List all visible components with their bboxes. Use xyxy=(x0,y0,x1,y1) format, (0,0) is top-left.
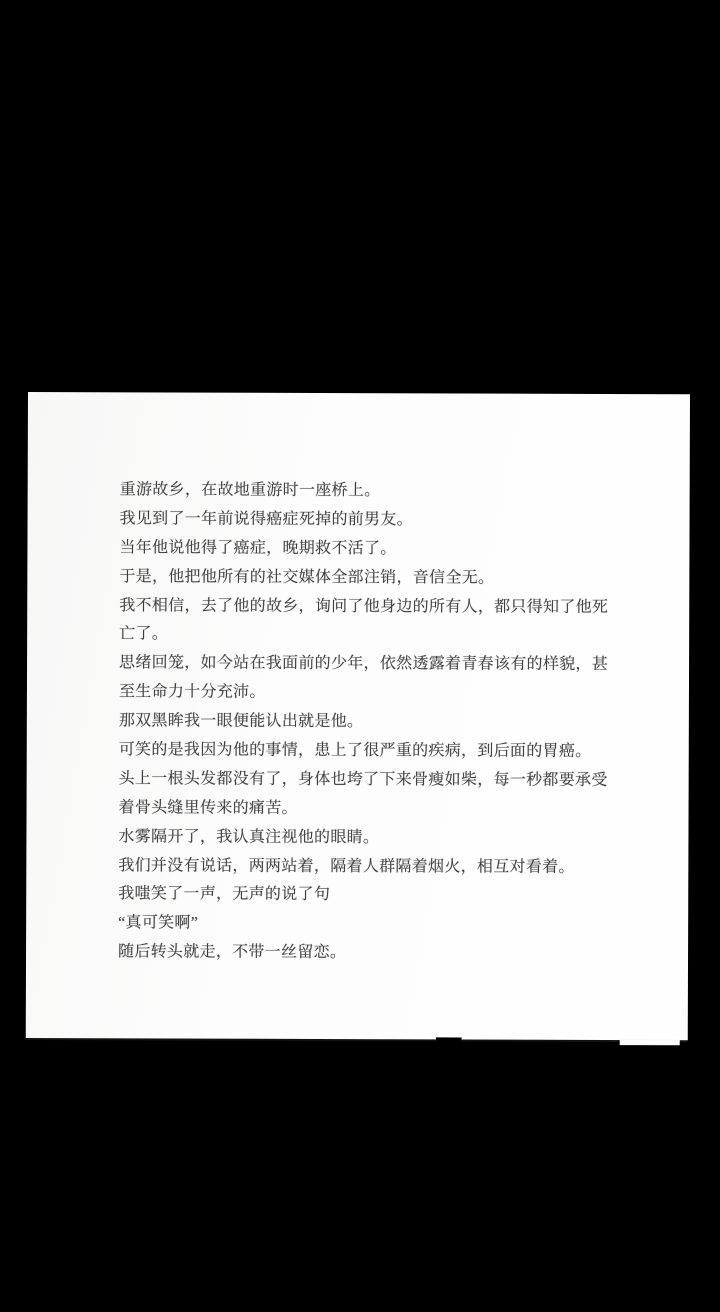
text-line: 于是，他把他所有的社交媒体全部注销，音信全无。 xyxy=(119,563,631,594)
text-line: 我嗤笑了一声，无声的说了句 xyxy=(118,881,630,912)
text-line: 当年他说他得了癌症，晚期救不活了。 xyxy=(119,534,631,565)
page-edge-notch xyxy=(436,1037,462,1042)
text-line: 我们并没有说话，两两站着，隔着人群隔着烟火，相互对看着。 xyxy=(118,852,630,883)
text-line: 那双黑眸我一眼便能认出就是他。 xyxy=(119,707,631,738)
text-line: 至生命力十分充沛。 xyxy=(119,679,631,710)
page-edge-tab xyxy=(620,1039,680,1045)
book-page[interactable]: 重游故乡，在故地重游时一座桥上。 我见到了一年前说得癌症死掉的前男友。 当年他说… xyxy=(26,392,690,1040)
text-line: 水雾隔开了，我认真注视他的眼睛。 xyxy=(118,823,630,854)
text-line: 思绪回笼，如今站在我面前的少年，依然透露着青春该有的样貌，甚 xyxy=(119,650,631,681)
text-line: 亡了。 xyxy=(119,621,631,652)
text-line: 我见到了一年前说得癌症死掉的前男友。 xyxy=(120,505,632,536)
text-line: 可笑的是我因为他的事情，患上了很严重的疾病，到后面的胃癌。 xyxy=(119,736,631,767)
text-line: 随后转头就走，不带一丝留恋。 xyxy=(118,939,630,970)
text-line: 着骨头缝里传来的痛苦。 xyxy=(118,794,630,825)
story-text-block: 重游故乡，在故地重游时一座桥上。 我见到了一年前说得癌症死掉的前男友。 当年他说… xyxy=(118,476,632,969)
letterbox-background: 重游故乡，在故地重游时一座桥上。 我见到了一年前说得癌症死掉的前男友。 当年他说… xyxy=(0,0,720,1312)
text-line: 重游故乡，在故地重游时一座桥上。 xyxy=(120,476,632,507)
text-line quote-line: “真可笑啊” xyxy=(118,910,630,941)
text-line: 我不相信，去了他的故乡，询问了他身边的所有人，都只得知了他死 xyxy=(119,592,631,623)
text-line: 头上一根头发都没有了，身体也垮了下来骨瘦如柴，每一秒都要承受 xyxy=(119,765,631,796)
